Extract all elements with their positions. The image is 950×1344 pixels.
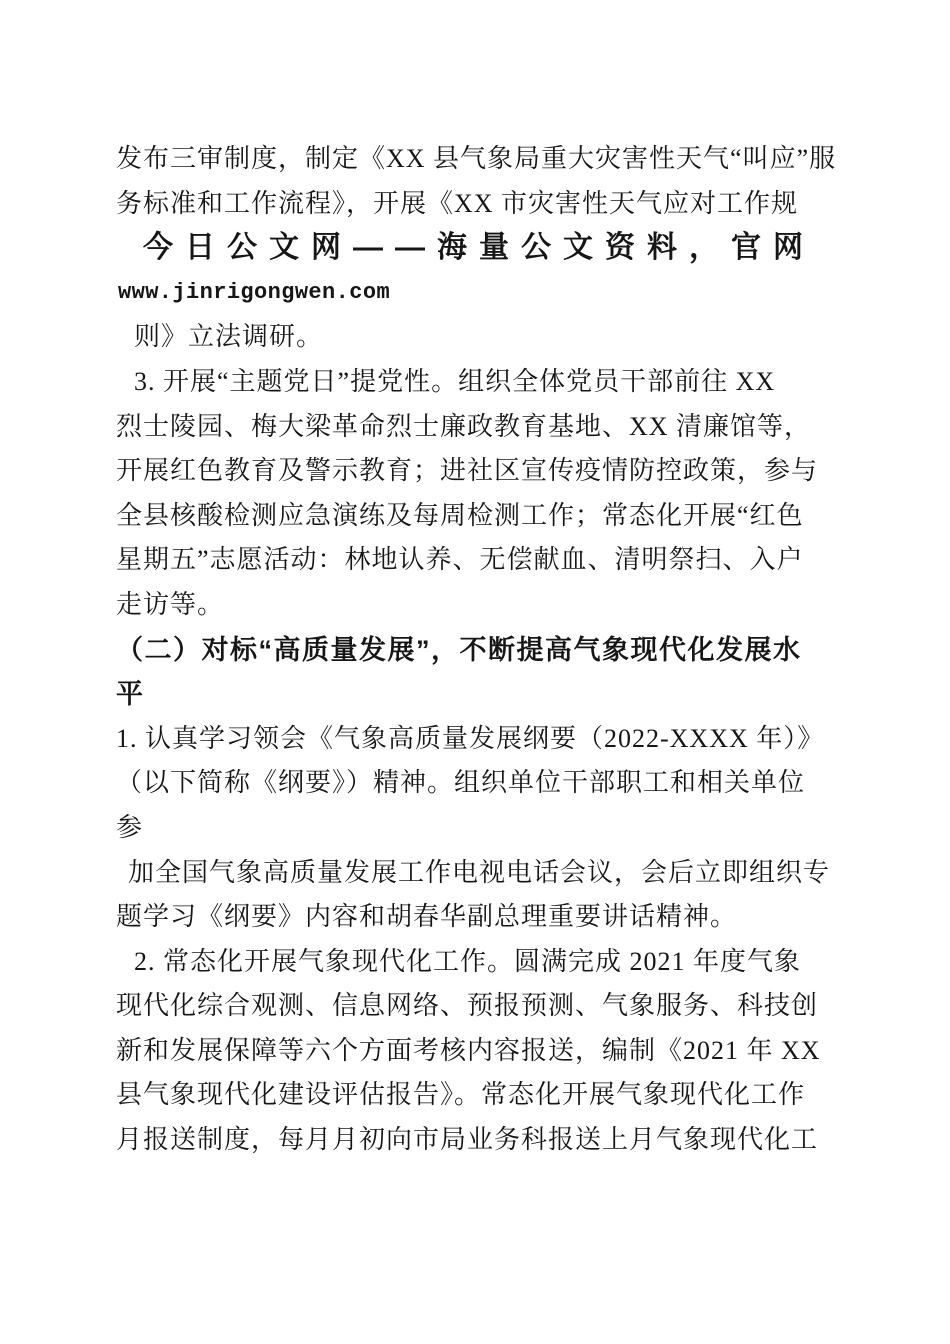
document-text-block: 发布三审制度，制定《XX 县气象局重大灾害性天气“叫应”服 务标准和工作流程》，… bbox=[116, 137, 876, 1163]
watermark-url: www.jinrigongwen.com bbox=[118, 271, 876, 316]
doc-line: 发布三审制度，制定《XX 县气象局重大灾害性天气“叫应”服 bbox=[116, 137, 876, 182]
doc-line: 开展红色教育及警示教育；进社区宣传疫情防控政策，参与 bbox=[116, 449, 876, 494]
doc-line: 3. 开展“主题党日”提党性。组织全体党员干部前往 XX bbox=[134, 360, 876, 405]
doc-line: 走访等。 bbox=[116, 583, 876, 628]
doc-line: （以下简称《纲要》）精神。组织单位干部职工和相关单位 bbox=[116, 761, 876, 806]
doc-line: 1. 认真学习领会《气象高质量发展纲要（2022-XXXX 年）》 bbox=[116, 717, 876, 762]
document-page: 发布三审制度，制定《XX 县气象局重大灾害性天气“叫应”服 务标准和工作流程》，… bbox=[0, 0, 950, 1344]
section-heading: （二）对标“高质量发展”，不断提高气象现代化发展水 bbox=[116, 628, 876, 673]
doc-line: 全县核酸检测应急演练及每周检测工作；常态化开展“红色 bbox=[116, 494, 876, 539]
doc-line: 星期五”志愿活动：林地认养、无偿献血、清明祭扫、入户 bbox=[116, 538, 876, 583]
doc-line: 2. 常态化开展气象现代化工作。圆满完成 2021 年度气象 bbox=[134, 940, 876, 985]
doc-line: 参 bbox=[116, 806, 876, 851]
doc-line: 县气象现代化建设评估报告》。常态化开展气象现代化工作 bbox=[116, 1073, 876, 1118]
doc-line: 烈士陵园、梅大梁革命烈士廉政教育基地、XX 清廉馆等， bbox=[116, 405, 876, 450]
doc-line: 新和发展保障等六个方面考核内容报送，编制《2021 年 XX bbox=[116, 1029, 876, 1074]
doc-line: 月报送制度，每月月初向市局业务科报送上月气象现代化工 bbox=[116, 1118, 876, 1163]
section-heading: 平 bbox=[116, 672, 876, 717]
doc-line: 务标准和工作流程》，开展《XX 市灾害性天气应对工作规 bbox=[116, 182, 876, 227]
doc-line: 则》立法调研。 bbox=[134, 315, 876, 360]
watermark-banner: 今日公文网——海量公文资料，官网 bbox=[143, 226, 876, 271]
doc-line: 现代化综合观测、信息网络、预报预测、气象服务、科技创 bbox=[116, 984, 876, 1029]
doc-line: 题学习《纲要》内容和胡春华副总理重要讲话精神。 bbox=[116, 895, 876, 940]
doc-line: 加全国气象高质量发展工作电视电话会议，会后立即组织专 bbox=[128, 851, 876, 896]
